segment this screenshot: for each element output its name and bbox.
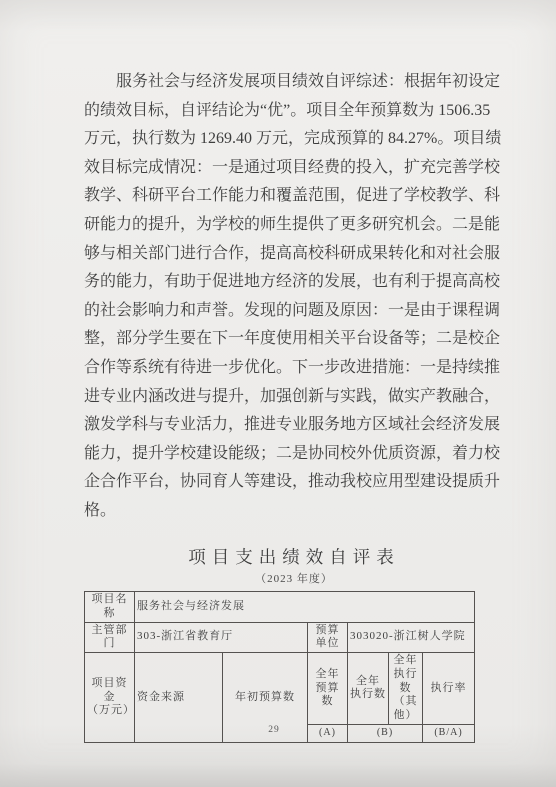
summary-line: 合作等系统有待进一步优化。下一步改进措施：一是持续推 [84,354,474,383]
annual-budget-header-cell: 全年 预算数 [308,653,348,725]
self-evaluation-summary: 服务社会与经济发展项目绩效自评综述：根据年初设定 的绩效目标，自评结论为“优”。… [84,68,474,526]
project-name-value-cell: 服务社会与经济发展 [135,592,475,623]
table-subtitle: （2023 年度） [94,572,494,586]
summary-line: 服务社会与经济发展项目绩效自评综述：根据年初设定 [84,68,474,97]
summary-line: 企合作平台，协同育人等建设，推动我校应用型建设提质升 [84,468,474,497]
execution-rate-header-cell: 执行率 [423,653,475,725]
summary-line: 的社会影响力和声誉。发现的问题及原因：一是由于课程调 [84,297,474,326]
department-value-cell: 303-浙江省教育厅 [135,622,308,653]
summary-line: 够与相关部门进行合作，提高高校科研成果转化和对社会服 [84,240,474,269]
summary-line: 激发学科与专业活力，推进专业服务地方区域社会经济发展 [84,411,474,440]
summary-line: 格。 [84,497,474,526]
annual-execution-other-header-cell: 全年 执行数 （其他） [389,653,423,725]
project-name-label-cell: 项目名称 [85,592,135,623]
summary-line: 整，部分学生要在下一年度使用相关平台设备等；二是校企 [84,325,474,354]
performance-self-evaluation-table: 项目名称 服务社会与经济发展 主管部门 303-浙江省教育厅 预算 单位 303… [84,591,475,743]
annual-execution-header-cell: 全年 执行数 [348,653,389,725]
summary-line: 进专业内涵改进与提升，加强创新与实践，做实产教融合， [84,383,474,412]
summary-line: 的绩效目标，自评结论为“优”。项目全年预算数为 1506.35 [84,97,474,126]
summary-line: 教学、科研平台工作能力和覆盖范围，促进了学校教学、科 [84,182,474,211]
department-label-cell: 主管部门 [85,622,135,653]
table-title: 项目支出绩效自评表 [94,544,494,570]
summary-line: 效目标完成情况：一是通过项目经费的投入，扩充完善学校 [84,154,474,183]
summary-line: 能力，提升学校建设能级；二是协同校外优质资源，着力校 [84,440,474,469]
document-page: 服务社会与经济发展项目绩效自评综述：根据年初设定 的绩效目标，自评结论为“优”。… [0,0,556,787]
budget-unit-value-cell: 303020-浙江树人学院 [348,622,475,653]
page-number: 29 [84,725,464,735]
budget-unit-label-cell: 预算 单位 [308,622,348,653]
summary-line: 万元，执行数为 1269.40 万元，完成预算的 84.27%。项目绩 [84,125,474,154]
summary-line: 研能力的提升，为学校的师生提供了更多研究机会。二是能 [84,211,474,240]
summary-line: 务的能力，有助于促进地方经济的发展，也有利于提高高校 [84,268,474,297]
table-continuation-stub [84,702,135,708]
